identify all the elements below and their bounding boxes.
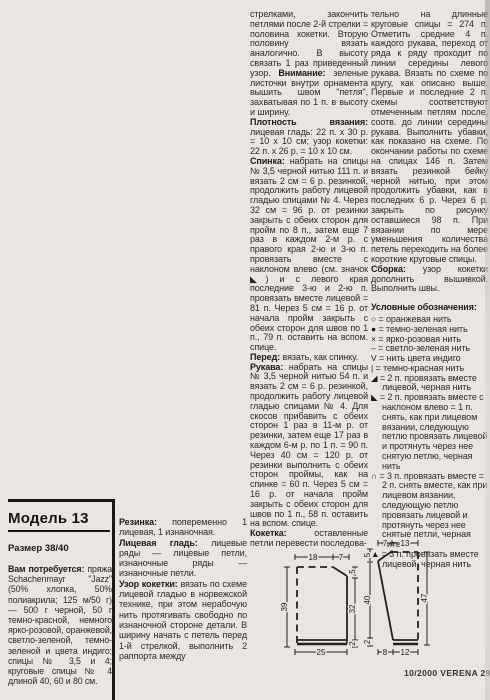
size-label: Размер 38/40 [8, 543, 112, 554]
text-run: тельно на длинные круговые спицы = 274 п… [371, 9, 488, 264]
legend-item-text: = ярко-розовая нить [378, 334, 461, 344]
measure-label-sleeve-right-height: 47 [420, 593, 429, 602]
bold-run: Узор кокетки: [119, 579, 178, 589]
measure-label-side-height: 32 [348, 604, 357, 613]
paragraph-yoke-pattern: Узор кокетки: вязать по схеме лицевой гл… [119, 579, 247, 661]
light-green-yarn-symbol: – [371, 343, 376, 353]
measure-label-sleeve-top-width: 13 [401, 539, 410, 548]
legend-title: Условные обозначения: [371, 303, 488, 313]
measure-label-cuff-width: 12 [401, 648, 410, 657]
paragraph-back: Спинка: набрать на спицы № 3,5 черной ни… [250, 157, 368, 353]
instructions-column-left: стрелками, закончить петлями после 2-й с… [250, 10, 368, 549]
measure-label-neck-drop: 5 [348, 569, 357, 574]
measure-label-sleeve-height: 40 [363, 595, 372, 604]
bold-run: Лицевая гладь: [119, 538, 198, 548]
bold-run: Внимание: [278, 68, 325, 78]
legend-item-text: = нить цвета индиго [379, 353, 461, 363]
bright-pink-yarn-symbol: × [371, 334, 376, 344]
bold-run: Рукава: [250, 362, 283, 372]
text-run: набрать на спицы № 3,5 черной нитью 111 … [250, 156, 368, 352]
legend-item-text: = 2 п. провязать вместе лицевой, черная … [380, 373, 477, 393]
text-run: вязать по схеме лицевой гладью в норвежс… [119, 579, 247, 661]
paragraph-ribbing: Резинка: попеременно 1 лицевая, 1 изнано… [119, 517, 247, 538]
bold-run: Спинка: [250, 156, 285, 166]
legend-item-text: = оранжевая нить [378, 314, 451, 324]
bold-run: Вам потребуется: [8, 564, 84, 574]
body-piece [297, 567, 347, 644]
measure-label-bottom-offset: 8 [383, 648, 388, 657]
bold-run: Перед: [250, 352, 280, 362]
paragraph-sleeves: Рукава: набрать на спицы № 3,5 черной ни… [250, 363, 368, 530]
paragraph-assembly: Сборка: узор кокетки дополнить вышивкой.… [371, 265, 488, 294]
orange-yarn-symbol: ○ [371, 314, 376, 324]
paragraph-gauge: Плотность вязания: лицевая гладь: 22 п. … [250, 118, 368, 157]
sk2p-symbol: ∩ [371, 471, 377, 481]
page-footer: 10/2000 VERENA 29 [404, 668, 490, 678]
measure-label-top-width: 18 [309, 553, 318, 562]
column-divider-rule [112, 499, 115, 700]
text-run: вязать, как спинку. [280, 352, 358, 362]
sleeve-left-seam [378, 561, 393, 640]
measure-label-rib-height: 2 [348, 641, 357, 646]
body-neck-slope [333, 567, 347, 576]
dark-red-yarn-symbol: | [371, 363, 373, 373]
text-run: лицевая гладь: 22 п. x 30 р. = 10 x 10 с… [250, 127, 368, 157]
materials-paragraph: Вам потребуется: пряжа Schachenmayr "Jaz… [8, 564, 112, 686]
magazine-page: { "model": { "title": "Модель 13", "size… [0, 0, 490, 700]
text-run: пряжа Schachenmayr "Jazz" (50% хлопка, 5… [8, 564, 112, 686]
k2tog-symbol: ◢ [371, 373, 377, 383]
legend-item-text: = темно-красная нить [376, 363, 465, 373]
model-info-block: Модель 13 Размер 38/40 Вам потребуется: … [8, 495, 112, 686]
measure-label-bottom-width: 25 [317, 648, 326, 657]
dark-green-yarn-symbol: ● [371, 324, 376, 334]
measure-label-shoulder: 7 [339, 553, 344, 562]
bold-run: Кокетка: [250, 528, 287, 538]
legend-item-text: = темно-зеленая нить [378, 324, 467, 334]
paragraph-stockinette: Лицевая гладь: лицевые ряды — лицевые пе… [119, 538, 247, 579]
bold-run: Сборка: [371, 264, 406, 274]
model-title: Модель 13 [8, 510, 112, 527]
bold-run: Резинка: [119, 517, 157, 527]
measure-label-cap-height: 5 [363, 552, 372, 557]
measure-label-cuff-rib-height: 2 [363, 639, 372, 644]
skp-symbol: ◣ [371, 392, 377, 402]
measure-label-cap-width: 7 [383, 539, 388, 548]
legend-item-text: = светло-зеленая нить [378, 343, 470, 353]
instructions-column-right: тельно на длинные круговые спицы = 274 п… [371, 10, 488, 570]
sleeve-piece [378, 552, 418, 644]
indigo-yarn-symbol: V [371, 353, 377, 363]
sleeve-cap-slope [378, 552, 391, 561]
paragraph-yoke-continuation: стрелками, закончить петлями после 2-й с… [250, 10, 368, 118]
bold-run: Плотность вязания: [250, 117, 368, 127]
paragraph-yoke-continuation-2: тельно на длинные круговые спицы = 274 п… [371, 10, 488, 265]
legend-item: ◣ = 2 п. провязать вместе с наклоном вле… [371, 393, 488, 471]
pattern-stitches-column: Резинка: попеременно 1 лицевая, 1 изнано… [119, 517, 247, 661]
legend-item: ◢ = 2 п. провязать вместе лицевой, черна… [371, 374, 488, 394]
title-underline-rule [8, 530, 110, 532]
legend-item-text: = 2 п. провязать вместе с наклоном влево… [380, 392, 488, 471]
page-edge-shadow [485, 0, 490, 700]
text-run: набрать на спицы № 3,5 черной нитью 54 п… [250, 362, 368, 529]
pattern-schematic-diagram: 18 7 39 5 32 2 25 7 [275, 538, 490, 668]
measure-label-body-height: 39 [280, 602, 289, 611]
